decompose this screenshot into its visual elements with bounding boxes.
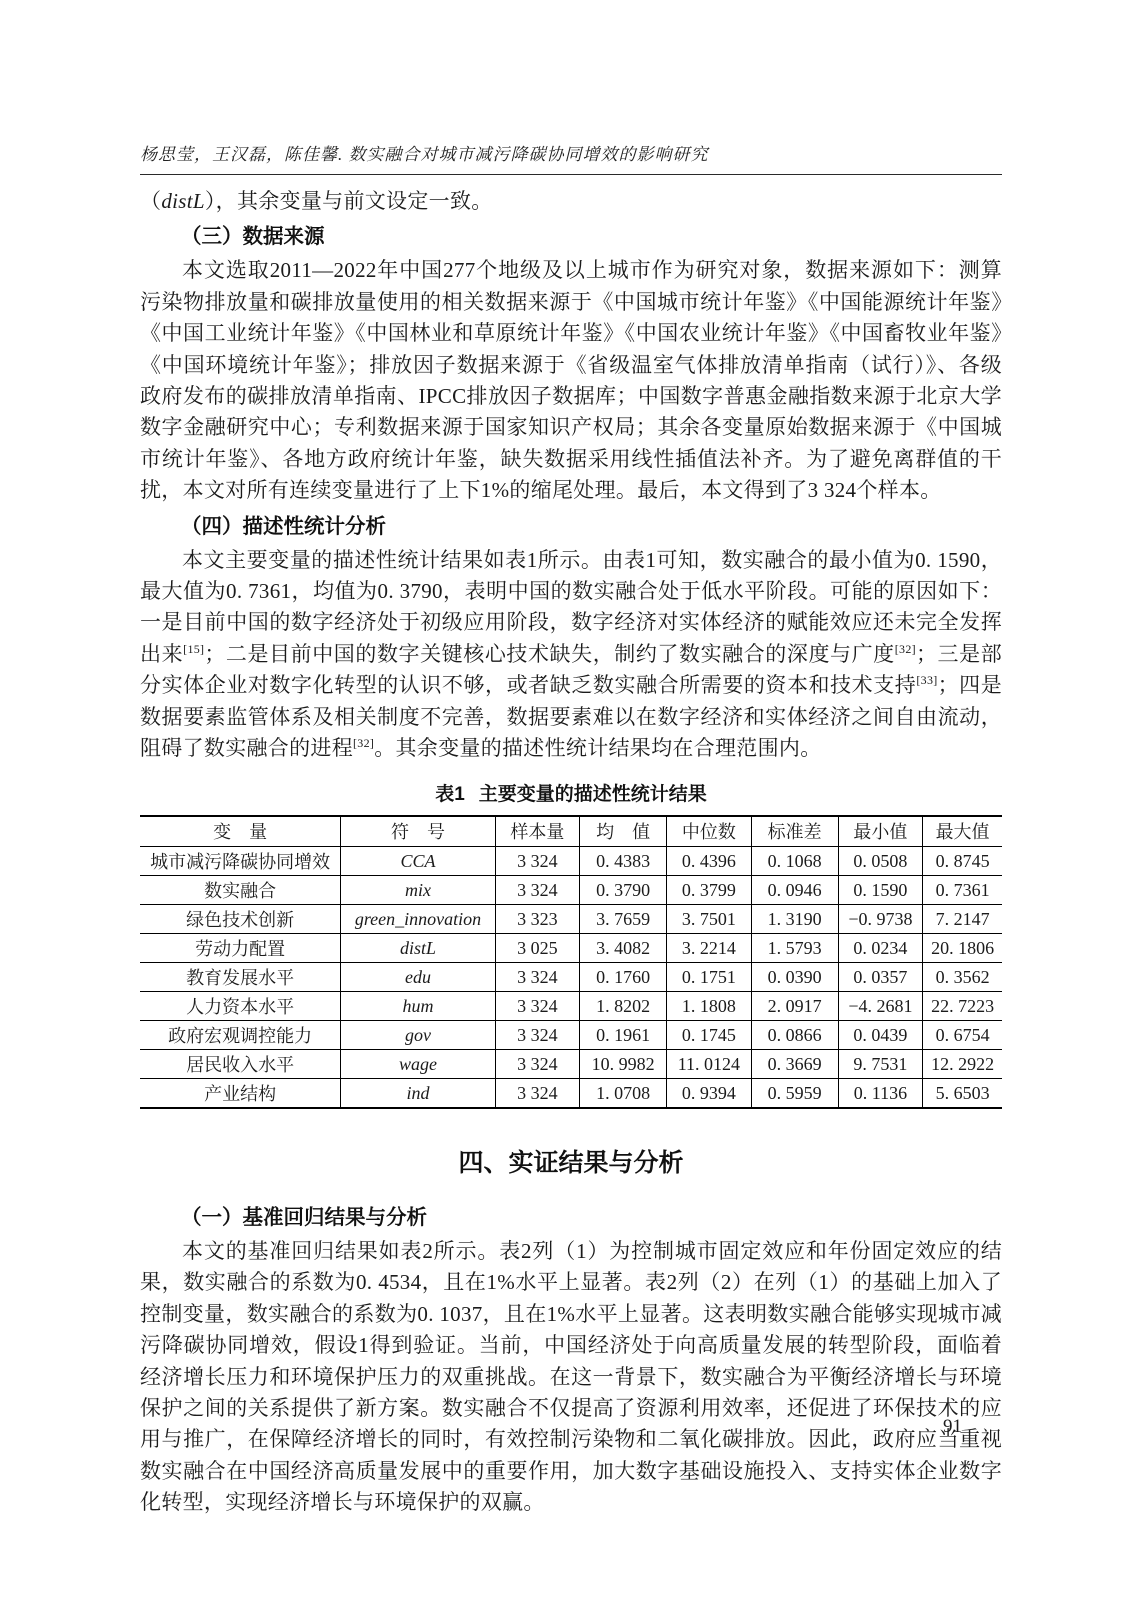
table-cell: 3 324 — [495, 992, 579, 1021]
table-cell: 0. 1961 — [580, 1021, 667, 1050]
table-cell: 3 025 — [495, 934, 579, 963]
variable-symbol: distL — [161, 189, 205, 213]
table-header-cell: 变 量 — [140, 816, 341, 847]
table-cell: 5. 6503 — [923, 1079, 1002, 1109]
table-cell: 3 324 — [495, 963, 579, 992]
citation-superscript: [15] — [183, 642, 204, 656]
section-heading-data-sources: （三）数据来源 — [140, 222, 1002, 252]
table1-caption-title: 主要变量的描述性统计结果 — [479, 784, 707, 805]
paper-page: 杨思莹，王汉磊，陈佳馨. 数实融合对城市减污降碳协同增效的影响研究 （distL… — [0, 0, 1140, 1600]
table-header-cell: 均 值 — [580, 816, 667, 847]
variable-symbol-cell: CCA — [341, 847, 495, 876]
table-row: 数实融合mix3 3240. 37900. 37990. 09460. 1590… — [140, 876, 1002, 905]
table-cell: 1. 3190 — [751, 905, 838, 934]
section-heading-empirical-results: 四、实证结果与分析 — [140, 1143, 1002, 1179]
table-cell: 0. 4383 — [580, 847, 667, 876]
table-cell: 7. 2147 — [923, 905, 1002, 934]
table-cell: 22. 7223 — [923, 992, 1002, 1021]
table-header-cell: 符 号 — [341, 816, 495, 847]
table-cell: 0. 3790 — [580, 876, 667, 905]
table-header-cell: 最大值 — [923, 816, 1002, 847]
table-cell: 2. 0917 — [751, 992, 838, 1021]
table-cell: 1. 0708 — [580, 1079, 667, 1109]
variable-symbol-cell: hum — [341, 992, 495, 1021]
table-cell: 0. 5959 — [751, 1079, 838, 1109]
table-cell: 0. 3562 — [923, 963, 1002, 992]
table-cell: 0. 8745 — [923, 847, 1002, 876]
citation-superscript: [33] — [916, 673, 937, 687]
table-cell: 3 324 — [495, 847, 579, 876]
table-cell: 3 324 — [495, 876, 579, 905]
paragraph-data-sources: 本文选取2011—2022年中国277个地级及以上城市作为研究对象，数据来源如下… — [140, 255, 1002, 506]
table1-caption-label: 表1 — [435, 784, 465, 805]
table-cell: 3. 2214 — [667, 934, 751, 963]
table-row: 城市减污降碳协同增效CCA3 3240. 43830. 43960. 10680… — [140, 847, 1002, 876]
citation-superscript: [32] — [353, 736, 374, 750]
citation-superscript: [32] — [895, 642, 916, 656]
table-row: 绿色技术创新green_innovation3 3233. 76593. 750… — [140, 905, 1002, 934]
table-cell: 0. 0508 — [838, 847, 922, 876]
variable-symbol-cell: mix — [341, 876, 495, 905]
variable-name-cell: 居民收入水平 — [140, 1050, 341, 1079]
variable-symbol-cell: distL — [341, 934, 495, 963]
variable-name-cell: 城市减污降碳协同增效 — [140, 847, 341, 876]
variable-symbol-cell: gov — [341, 1021, 495, 1050]
section-heading-descriptive-stats: （四）描述性统计分析 — [140, 512, 1002, 542]
table-cell: 0. 0439 — [838, 1021, 922, 1050]
table-cell: 1. 5793 — [751, 934, 838, 963]
table-cell: 0. 9394 — [667, 1079, 751, 1109]
table-cell: 3. 7659 — [580, 905, 667, 934]
table-cell: 0. 1745 — [667, 1021, 751, 1050]
variable-symbol-cell: wage — [341, 1050, 495, 1079]
variable-symbol-cell: edu — [341, 963, 495, 992]
table-cell: −0. 9738 — [838, 905, 922, 934]
table-cell: 11. 0124 — [667, 1050, 751, 1079]
table-cell: 0. 0234 — [838, 934, 922, 963]
table-cell: 3 323 — [495, 905, 579, 934]
table1-head: 变 量符 号样本量均 值中位数标准差最小值最大值 — [140, 816, 1002, 847]
variable-name-cell: 劳动力配置 — [140, 934, 341, 963]
variable-name-cell: 产业结构 — [140, 1079, 341, 1109]
paragraph-descriptive-stats: 本文主要变量的描述性统计结果如表1所示。由表1可知，数实融合的最小值为0. 15… — [140, 545, 1002, 765]
table-cell: 3 324 — [495, 1079, 579, 1109]
page-number: 91 — [943, 1416, 962, 1438]
table-cell: 10. 9982 — [580, 1050, 667, 1079]
variable-name-cell: 政府宏观调控能力 — [140, 1021, 341, 1050]
table-header-cell: 最小值 — [838, 816, 922, 847]
variable-symbol-cell: green_innovation — [341, 905, 495, 934]
table-header-cell: 样本量 — [495, 816, 579, 847]
table-cell: 0. 3799 — [667, 876, 751, 905]
running-header: 杨思莹，王汉磊，陈佳馨. 数实融合对城市减污降碳协同增效的影响研究 — [140, 140, 1002, 175]
table-cell: 0. 1760 — [580, 963, 667, 992]
table-cell: 0. 0390 — [751, 963, 838, 992]
table-cell: 0. 4396 — [667, 847, 751, 876]
table-cell: 0. 0866 — [751, 1021, 838, 1050]
table-cell: 3. 7501 — [667, 905, 751, 934]
variable-name-cell: 人力资本水平 — [140, 992, 341, 1021]
table-cell: 3. 4082 — [580, 934, 667, 963]
table-row: 居民收入水平wage3 32410. 998211. 01240. 36699.… — [140, 1050, 1002, 1079]
table1-header-row: 变 量符 号样本量均 值中位数标准差最小值最大值 — [140, 816, 1002, 847]
table-cell: 3 324 — [495, 1050, 579, 1079]
table-row: 人力资本水平hum3 3241. 82021. 18082. 0917−4. 2… — [140, 992, 1002, 1021]
table1-body: 城市减污降碳协同增效CCA3 3240. 43830. 43960. 10680… — [140, 847, 1002, 1109]
table-cell: 0. 1751 — [667, 963, 751, 992]
table-cell: 9. 7531 — [838, 1050, 922, 1079]
descriptive-stats-table: 变 量符 号样本量均 值中位数标准差最小值最大值 城市减污降碳协同增效CCA3 … — [140, 815, 1002, 1110]
variable-symbol-cell: ind — [341, 1079, 495, 1109]
table-cell: 20. 1806 — [923, 934, 1002, 963]
table-header-cell: 中位数 — [667, 816, 751, 847]
paragraph-baseline-regression: 本文的基准回归结果如表2所示。表2列（1）为控制城市固定效应和年份固定效应的结果… — [140, 1236, 1002, 1519]
table-cell: 3 324 — [495, 1021, 579, 1050]
page-content: 杨思莹，王汉磊，陈佳馨. 数实融合对城市减污降碳协同增效的影响研究 （distL… — [140, 0, 1002, 1519]
table-cell: 0. 1590 — [838, 876, 922, 905]
table-cell: 0. 1136 — [838, 1079, 922, 1109]
variable-name-cell: 绿色技术创新 — [140, 905, 341, 934]
table-cell: 12. 2922 — [923, 1050, 1002, 1079]
lead-paragraph: （distL），其余变量与前文设定一致。 — [140, 186, 1002, 217]
table-row: 劳动力配置distL3 0253. 40823. 22141. 57930. 0… — [140, 934, 1002, 963]
table-row: 产业结构ind3 3241. 07080. 93940. 59590. 1136… — [140, 1079, 1002, 1109]
table-cell: 0. 0946 — [751, 876, 838, 905]
table-cell: 1. 8202 — [580, 992, 667, 1021]
table-cell: 0. 0357 — [838, 963, 922, 992]
section-heading-baseline-regression: （一）基准回归结果与分析 — [140, 1203, 1002, 1233]
table-cell: 0. 3669 — [751, 1050, 838, 1079]
table-cell: 0. 6754 — [923, 1021, 1002, 1050]
table-cell: 1. 1808 — [667, 992, 751, 1021]
table-row: 政府宏观调控能力gov3 3240. 19610. 17450. 08660. … — [140, 1021, 1002, 1050]
table-cell: 0. 7361 — [923, 876, 1002, 905]
table1-caption: 表1主要变量的描述性统计结果 — [140, 779, 1002, 806]
table-row: 教育发展水平edu3 3240. 17600. 17510. 03900. 03… — [140, 963, 1002, 992]
table-cell: −4. 2681 — [838, 992, 922, 1021]
variable-name-cell: 教育发展水平 — [140, 963, 341, 992]
table-cell: 0. 1068 — [751, 847, 838, 876]
variable-name-cell: 数实融合 — [140, 876, 341, 905]
table-header-cell: 标准差 — [751, 816, 838, 847]
